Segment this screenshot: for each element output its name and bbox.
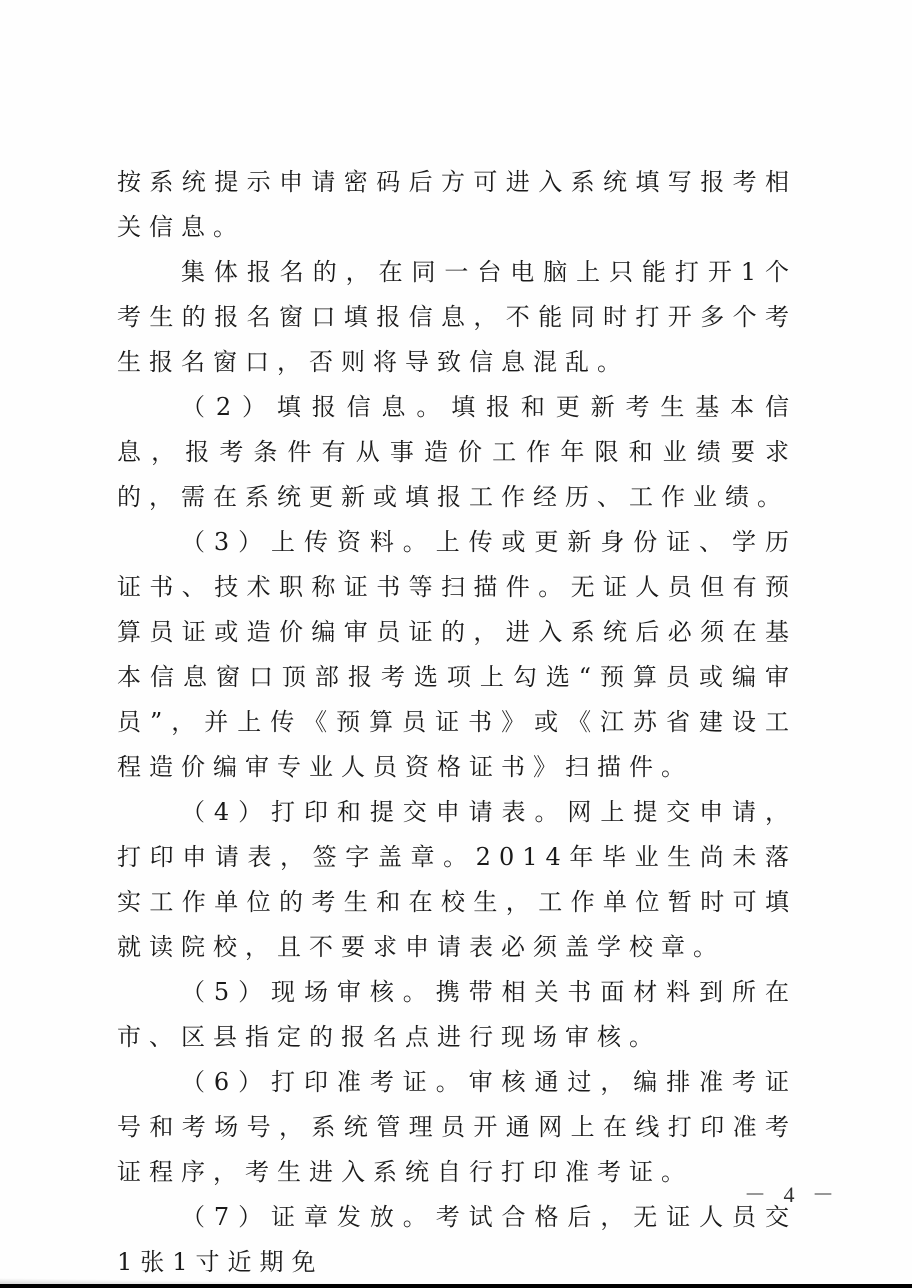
paragraph-group-registration: 集体报名的，在同一台电脑上只能打开1个考生的报名窗口填报信息，不能同时打开多个考… [117,250,797,385]
paragraph-step-7-certificate: （7）证章发放。考试合格后，无证人员交1张1寸近期免 [117,1195,797,1285]
paragraph-step-2-fill-info: （2）填报信息。填报和更新考生基本信息，报考条件有从事造价工作年限和业绩要求的，… [117,385,797,520]
paragraph-step-4-print-submit: （4）打印和提交申请表。网上提交申请，打印申请表，签字盖章。2014年毕业生尚未… [117,790,797,970]
paragraph-continuation: 按系统提示申请密码后方可进入系统填写报考相关信息。 [117,160,797,250]
scan-edge [0,1284,912,1288]
page-number: － 4 － [744,1178,840,1209]
paragraph-step-5-onsite-review: （5）现场审核。携带相关书面材料到所在市、区县指定的报名点进行现场审核。 [117,970,797,1060]
document-page: 按系统提示申请密码后方可进入系统填写报考相关信息。 集体报名的，在同一台电脑上只… [0,0,912,1288]
paragraph-step-3-upload: （3）上传资料。上传或更新身份证、学历证书、技术职称证书等扫描件。无证人员但有预… [117,520,797,790]
paragraph-step-6-admission-ticket: （6）打印准考证。审核通过，编排准考证号和考场号，系统管理员开通网上在线打印准考… [117,1060,797,1195]
document-body: 按系统提示申请密码后方可进入系统填写报考相关信息。 集体报名的，在同一台电脑上只… [117,160,797,1285]
